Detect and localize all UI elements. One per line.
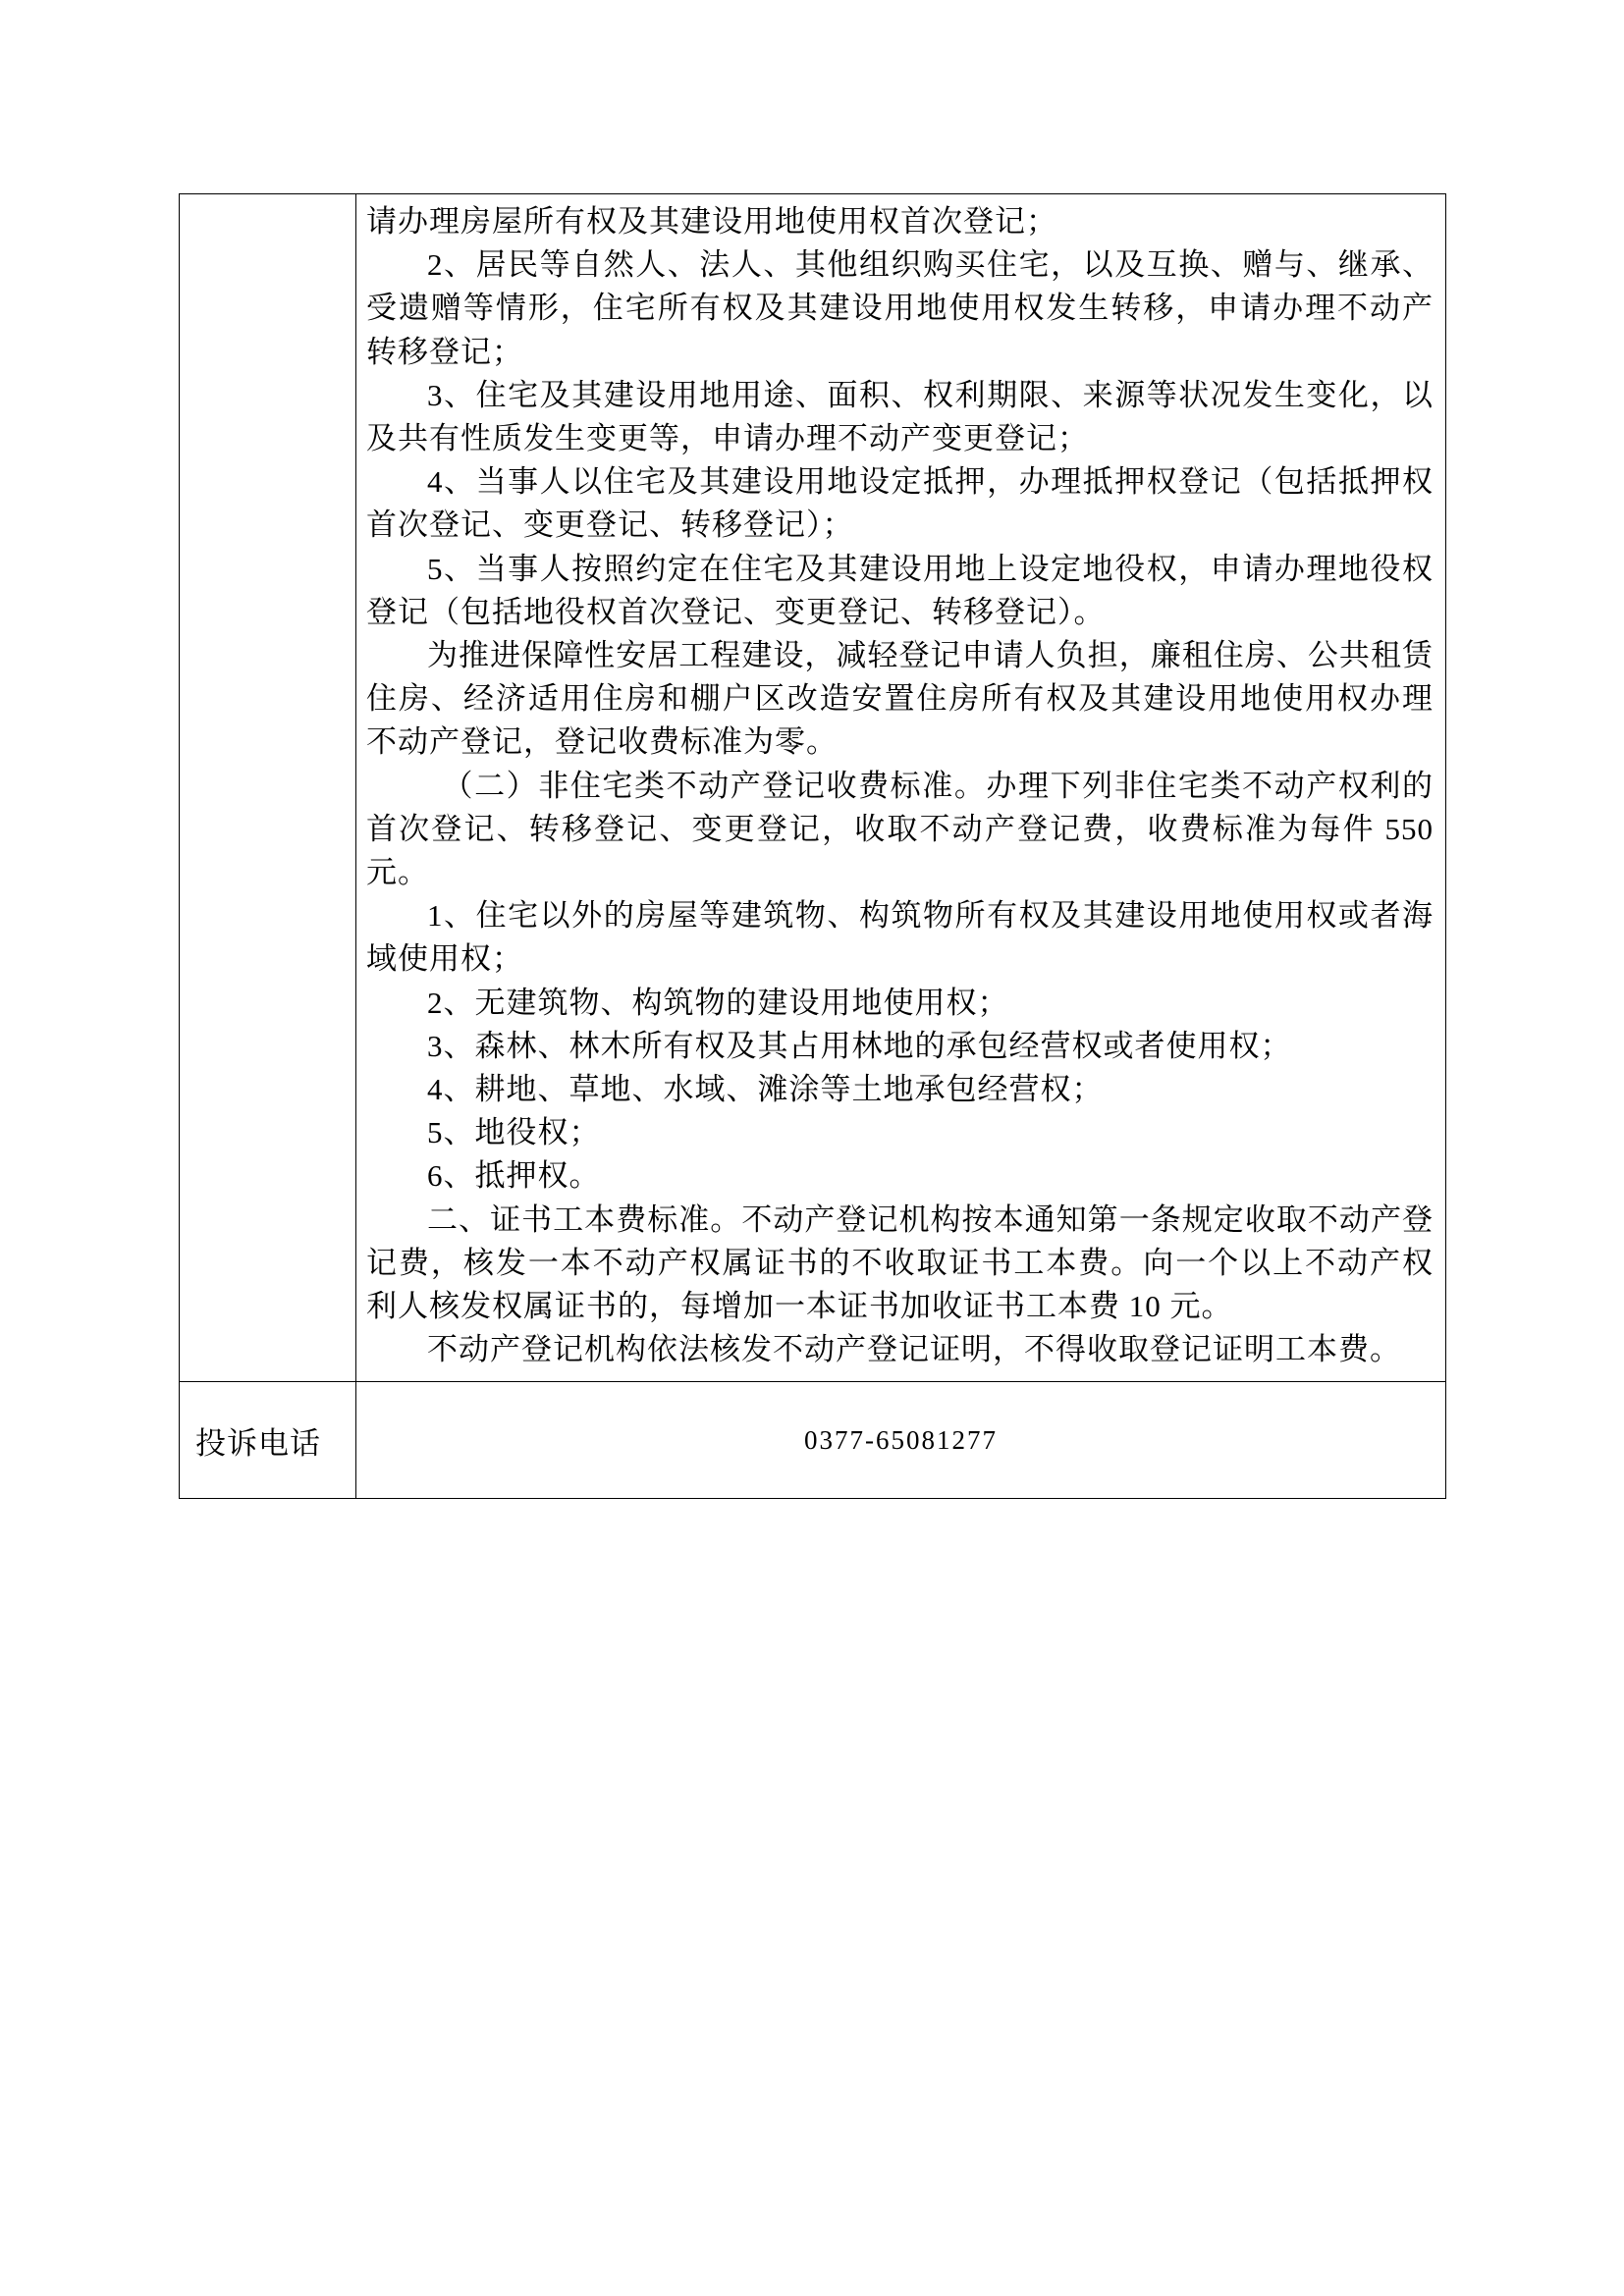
paragraph-non-residential-fee: （二）非住宅类不动产登记收费标准。办理下列非住宅类不动产权利的首次登记、转移登记… [366, 765, 1434, 895]
complaint-phone-number: 0377-65081277 [356, 1382, 1446, 1499]
paragraph-item-5: 5、地役权； [366, 1111, 1434, 1154]
fee-standard-table: 请办理房屋所有权及其建设用地使用权首次登记； 2、居民等自然人、法人、其他组织购… [179, 193, 1446, 1499]
paragraph-transfer-registration: 2、居民等自然人、法人、其他组织购买住宅，以及互换、赠与、继承、受遗赠等情形，住… [366, 243, 1434, 374]
fee-details-content-cell: 请办理房屋所有权及其建设用地使用权首次登记； 2、居民等自然人、法人、其他组织购… [356, 194, 1446, 1382]
paragraph-item-1: 1、住宅以外的房屋等建筑物、构筑物所有权及其建设用地使用权或者海域使用权； [366, 894, 1434, 981]
fee-details-label-cell [180, 194, 356, 1382]
paragraph-certificate-fee: 二、证书工本费标准。不动产登记机构按本通知第一条规定收取不动产登记费，核发一本不… [366, 1199, 1434, 1329]
complaint-phone-label: 投诉电话 [180, 1382, 356, 1499]
paragraph-mortgage-registration: 4、当事人以住宅及其建设用地设定抵押，办理抵押权登记（包括抵押权首次登记、变更登… [366, 460, 1434, 547]
paragraph-affordable-housing-exemption: 为推进保障性安居工程建设，减轻登记申请人负担，廉租住房、公共租赁住房、经济适用住… [366, 634, 1434, 765]
paragraph-certificate-proof: 不动产登记机构依法核发不动产登记证明，不得收取登记证明工本费。 [366, 1328, 1434, 1371]
paragraph-item-3: 3、森林、林木所有权及其占用林地的承包经营权或者使用权； [366, 1025, 1434, 1068]
paragraph-item-2: 2、无建筑物、构筑物的建设用地使用权； [366, 982, 1434, 1025]
paragraph-item-4: 4、耕地、草地、水域、滩涂等土地承包经营权； [366, 1068, 1434, 1111]
fee-details-row: 请办理房屋所有权及其建设用地使用权首次登记； 2、居民等自然人、法人、其他组织购… [180, 194, 1446, 1382]
paragraph-change-registration: 3、住宅及其建设用地用途、面积、权利期限、来源等状况发生变化，以及共有性质发生变… [366, 374, 1434, 460]
complaint-phone-row: 投诉电话 0377-65081277 [180, 1382, 1446, 1499]
paragraph-item-6: 6、抵押权。 [366, 1154, 1434, 1198]
paragraph-easement-registration: 5、当事人按照约定在住宅及其建设用地上设定地役权，申请办理地役权登记（包括地役权… [366, 548, 1434, 634]
paragraph-initial-registration-continued: 请办理房屋所有权及其建设用地使用权首次登记； [366, 200, 1434, 243]
